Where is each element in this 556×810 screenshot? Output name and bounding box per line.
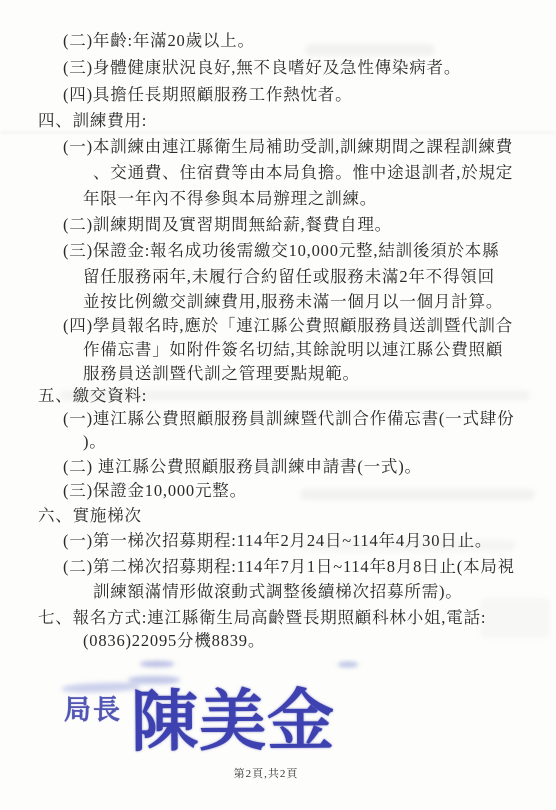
line-marker: (三) <box>63 241 93 260</box>
line-text: 年齡:年滿20歲以上。 <box>93 31 255 50</box>
line-marker: 六、 <box>38 506 73 525</box>
document-line: (二) 連江縣公費照顧服務員訓練申請書(一式)。 <box>63 458 422 475</box>
line-text: 繳交資料: <box>73 386 148 405</box>
ink-smudge <box>338 662 358 667</box>
line-text: 第二梯次招募期程:114年7月1日~114年8月8日止(本局視 <box>93 557 515 576</box>
line-marker: (一) <box>63 137 93 156</box>
line-marker: (三) <box>63 58 93 77</box>
line-text: )。 <box>83 432 107 451</box>
line-marker: (二) <box>63 457 93 476</box>
ink-smudge <box>140 661 174 667</box>
document-line: 年限一年內不得參與本局辦理之訓練。 <box>83 190 377 207</box>
document-line: (三)保證金10,000元整。 <box>63 482 247 499</box>
line-text: 學員報名時,應於「連江縣公費照顧服務員送訓暨代訓合 <box>93 316 513 335</box>
line-marker: (一) <box>63 531 93 550</box>
signature-name: 陳美金 <box>131 667 336 764</box>
ink-smudge <box>128 676 180 684</box>
line-text: 訓練費用: <box>73 111 148 130</box>
document-line: 五、繳交資料: <box>38 387 147 404</box>
line-marker: (一) <box>63 409 93 428</box>
line-text: 並按比例繳交訓練費用,服務未滿一個月以一個月計算。 <box>83 292 503 311</box>
line-text: 報名方式:連江縣衛生局高齡暨長期照顧科林小姐,電話: <box>73 608 487 627</box>
document-page: (二)年齡:年滿20歲以上。(三)身體健康狀況良好,無不良嗜好及急性傳染病者。(… <box>0 0 556 810</box>
document-line: 訓練額滿情形做滾動式調整後續梯次招募所需)。 <box>93 583 463 600</box>
line-marker: (三) <box>63 481 93 500</box>
document-line: (三)保證金:報名成功後需繳交10,000元整,結訓後須於本縣 <box>63 242 499 259</box>
line-marker: (二) <box>63 215 93 234</box>
line-marker: (四) <box>63 316 93 335</box>
line-text: 本訓練由連江縣衛生局補助受訓,訓練期間之課程訓練費 <box>93 137 513 156</box>
document-line: (二)年齡:年滿20歲以上。 <box>63 32 255 49</box>
signature-title: 局長 <box>64 688 122 727</box>
page-footer: 第2頁,共2頁 <box>0 765 532 781</box>
document-line: (0836)22095分機8839。 <box>83 632 265 649</box>
line-text: 年限一年內不得參與本局辦理之訓練。 <box>83 189 377 208</box>
line-text: (0836)22095分機8839。 <box>83 631 265 650</box>
line-text: 保證金10,000元整。 <box>93 481 247 500</box>
line-text: 留任服務兩年,未履行合約留任或服務未滿2年不得領回 <box>83 267 495 286</box>
line-marker: (二) <box>63 557 93 576</box>
document-line: (四)具擔任長期照顧服務工作熱忱者。 <box>63 86 352 103</box>
ink-smudge <box>62 682 140 694</box>
line-marker: 四、 <box>38 111 73 130</box>
document-line: 、交通費、住宿費等由本局負擔。惟中途退訓者,於規定 <box>93 164 513 181</box>
line-text: 作備忘書」如附件簽名切結,其餘說明以連江縣公費照顧 <box>83 340 503 359</box>
document-line: 留任服務兩年,未履行合約留任或服務未滿2年不得領回 <box>83 268 495 285</box>
document-line: )。 <box>83 433 107 450</box>
document-line: 服務員送訓暨代訓之管理要點規範。 <box>83 365 360 382</box>
document-line: (四)學員報名時,應於「連江縣公費照顧服務員送訓暨代訓合 <box>63 317 513 334</box>
line-marker: (四) <box>63 85 93 104</box>
line-marker: (二) <box>63 31 93 50</box>
document-line: (二)訓練期間及實習期間無給薪,餐費自理。 <box>63 216 392 233</box>
line-text: 身體健康狀況良好,無不良嗜好及急性傳染病者。 <box>93 58 461 77</box>
document-line: 並按比例繳交訓練費用,服務未滿一個月以一個月計算。 <box>83 293 503 310</box>
document-line: (二)第二梯次招募期程:114年7月1日~114年8月8日止(本局視 <box>63 558 515 575</box>
line-text: 第一梯次招募期程:114年2月24日~114年4月30日止。 <box>93 531 492 550</box>
scan-artifact <box>300 489 535 500</box>
line-text: 、交通費、住宿費等由本局負擔。惟中途退訓者,於規定 <box>93 163 513 182</box>
scan-artifact <box>480 598 550 638</box>
document-line: (一)第一梯次招募期程:114年2月24日~114年4月30日止。 <box>63 532 492 549</box>
line-text: 訓練額滿情形做滾動式調整後續梯次招募所需)。 <box>93 582 463 601</box>
line-text: 訓練期間及實習期間無給薪,餐費自理。 <box>93 215 392 234</box>
line-text: 連江縣公費照顧服務員訓練申請書(一式)。 <box>93 457 422 476</box>
document-line: 四、訓練費用: <box>38 112 147 129</box>
document-line: (一)連江縣公費照顧服務員訓練暨代訓合作備忘書(一式肆份 <box>63 410 514 427</box>
document-line: 六、實施梯次 <box>38 507 142 524</box>
scan-artifact <box>0 131 556 134</box>
line-marker: 七、 <box>38 608 73 627</box>
line-text: 保證金:報名成功後需繳交10,000元整,結訓後須於本縣 <box>93 241 499 260</box>
document-line: (三)身體健康狀況良好,無不良嗜好及急性傳染病者。 <box>63 59 461 76</box>
document-line: 作備忘書」如附件簽名切結,其餘說明以連江縣公費照顧 <box>83 341 503 358</box>
scan-artifact <box>305 44 435 56</box>
line-text: 具擔任長期照顧服務工作熱忱者。 <box>93 85 353 104</box>
document-line: 七、報名方式:連江縣衛生局高齡暨長期照顧科林小姐,電話: <box>38 609 486 626</box>
line-text: 服務員送訓暨代訓之管理要點規範。 <box>83 364 360 383</box>
document-line: (一)本訓練由連江縣衛生局補助受訓,訓練期間之課程訓練費 <box>63 138 513 155</box>
line-text: 實施梯次 <box>73 506 142 525</box>
line-text: 連江縣公費照顧服務員訓練暨代訓合作備忘書(一式肆份 <box>93 409 515 428</box>
line-marker: 五、 <box>38 386 73 405</box>
